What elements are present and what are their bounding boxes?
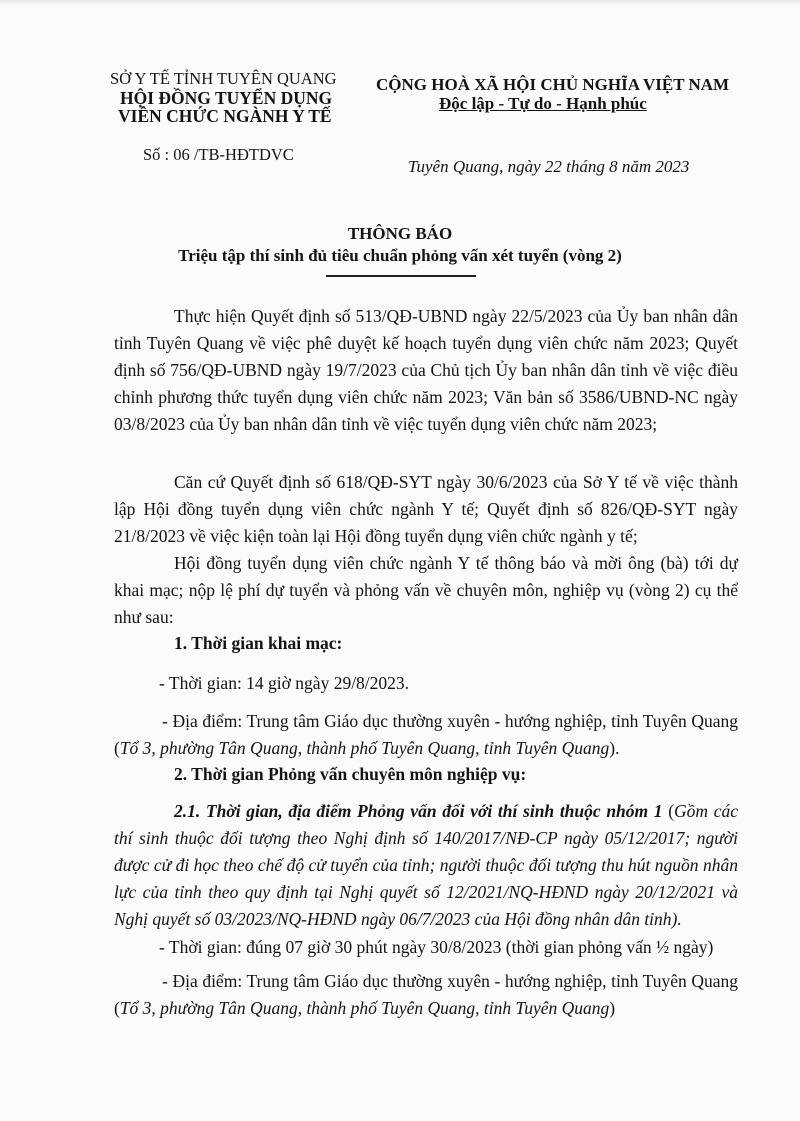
section2-time: - Thời gian: đúng 07 giờ 30 phút ngày 30… <box>114 934 738 961</box>
document-page: SỞ Y TẾ TỈNH TUYÊN QUANG HỘI ĐỒNG TUYỂN … <box>0 0 800 1121</box>
section1-location: - Địa điểm: Trung tâm Giáo dục thường xu… <box>114 708 738 762</box>
location-close: ). <box>609 738 619 758</box>
location-address: Tổ 3, phường Tân Quang, thành phố Tuyên … <box>120 998 609 1018</box>
location-address: Tổ 3, phường Tân Quang, thành phố Tuyên … <box>120 738 609 758</box>
section2-heading: 2. Thời gian Phỏng vấn chuyên môn nghiệp… <box>114 761 738 788</box>
paragraph-basis: Thực hiện Quyết định số 513/QĐ-UBND ngày… <box>114 303 738 438</box>
location-close: ) <box>609 998 615 1018</box>
agency-name: SỞ Y TẾ TỈNH TUYÊN QUANG <box>110 69 337 89</box>
document-subtitle: Triệu tập thí sinh đủ tiêu chuẩn phỏng v… <box>0 246 800 266</box>
paragraph-pursuant: Căn cứ Quyết định số 618/QĐ-SYT ngày 30/… <box>114 469 738 550</box>
paragraph-invitation: Hội đồng tuyển dụng viên chức ngành Y tế… <box>114 550 738 631</box>
section2-location: - Địa điểm: Trung tâm Giáo dục thường xu… <box>114 968 738 1022</box>
section2-1-paragraph: 2.1. Thời gian, địa điểm Phỏng vấn đối v… <box>114 798 738 933</box>
document-title: THÔNG BÁO <box>0 224 800 244</box>
scan-edge <box>0 0 800 6</box>
section2-1-heading: 2.1. Thời gian, địa điểm Phỏng vấn đối v… <box>174 801 663 821</box>
place-date: Tuyên Quang, ngày 22 tháng 8 năm 2023 <box>408 157 689 177</box>
council-name-line2: VIÊN CHỨC NGÀNH Y TẾ <box>118 106 332 127</box>
section1-time: - Thời gian: 14 giờ ngày 29/8/2023. <box>114 670 738 697</box>
document-number: Số : 06 /TB-HĐTDVC <box>143 145 294 165</box>
title-divider <box>326 275 476 277</box>
paren-open: ( <box>663 801 674 821</box>
section1-heading: 1. Thời gian khai mạc: <box>114 630 738 657</box>
national-title: CỘNG HOÀ XÃ HỘI CHỦ NGHĨA VIỆT NAM <box>376 75 729 95</box>
national-motto: Độc lập - Tự do - Hạnh phúc <box>439 94 647 114</box>
